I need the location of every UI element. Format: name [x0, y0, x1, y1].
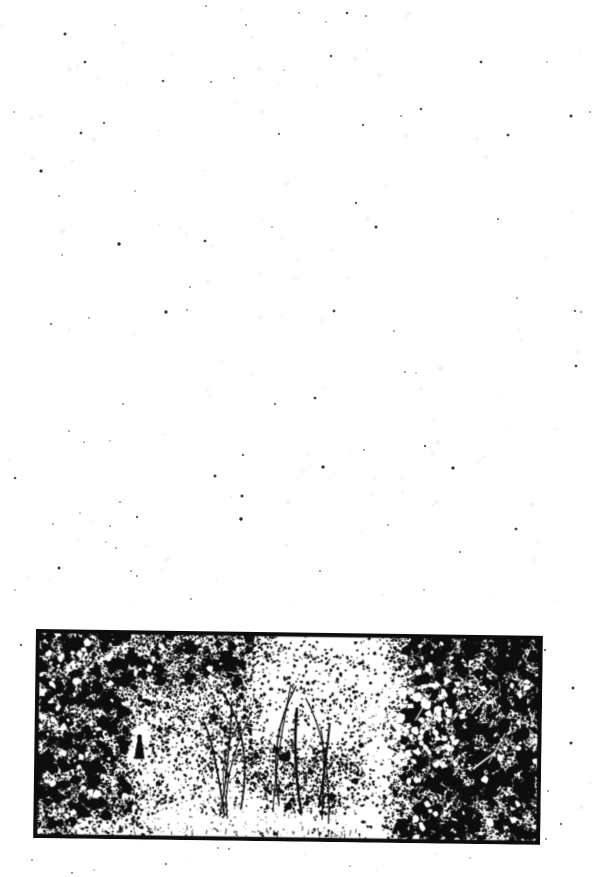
toner-speck — [105, 541, 107, 543]
toner-speck — [109, 440, 111, 442]
toner-speck — [333, 310, 336, 313]
toner-speck — [239, 517, 242, 520]
toner-speck — [516, 297, 518, 299]
toner-speck — [61, 254, 63, 256]
toner-speck — [58, 195, 60, 197]
toner-speck — [165, 863, 167, 865]
toner-speck — [130, 570, 132, 572]
toner-speck — [283, 69, 285, 71]
toner-speck — [362, 124, 364, 126]
toner-speck — [233, 77, 235, 79]
toner-speck — [79, 512, 81, 514]
toner-speck — [547, 790, 549, 792]
toner-speck — [375, 226, 378, 229]
engraving-canvas — [33, 629, 543, 845]
toner-speck — [214, 475, 217, 478]
toner-speck — [20, 644, 22, 646]
toner-speck — [84, 61, 87, 64]
toner-speck — [245, 24, 247, 26]
toner-speck — [119, 501, 121, 503]
toner-speck — [363, 449, 365, 451]
toner-speck — [68, 430, 70, 432]
toner-speck — [186, 309, 188, 311]
toner-speck — [80, 132, 83, 135]
toner-speck — [228, 848, 230, 850]
toner-speck — [109, 525, 111, 527]
toner-speck — [589, 111, 591, 113]
toner-speck — [314, 397, 317, 400]
toner-speck — [560, 823, 562, 825]
toner-speck — [83, 441, 85, 443]
toner-speck — [274, 403, 276, 405]
toner-speck — [545, 838, 547, 840]
toner-speck — [204, 240, 207, 243]
toner-speck — [575, 365, 578, 368]
toner-speck — [164, 310, 167, 313]
toner-speck — [39, 169, 42, 172]
toner-speck — [52, 523, 54, 525]
toner-speck — [205, 5, 207, 7]
toner-speck — [103, 122, 105, 124]
toner-speck — [298, 12, 300, 14]
toner-speck — [14, 589, 16, 591]
toner-speck — [88, 317, 90, 319]
toner-speck — [415, 372, 417, 374]
toner-speck — [346, 12, 349, 15]
toner-speck — [64, 33, 67, 36]
toner-speck — [325, 21, 327, 23]
toner-speck — [424, 445, 426, 447]
toner-speck — [469, 857, 471, 859]
toner-speck — [271, 226, 273, 228]
toner-speck — [210, 81, 212, 83]
toner-speck — [400, 115, 402, 117]
toner-speck — [423, 589, 425, 591]
toner-speck — [13, 111, 15, 113]
toner-speck — [190, 598, 192, 600]
toner-speck — [217, 847, 219, 849]
toner-speck — [387, 524, 389, 526]
toner-speck — [58, 567, 61, 570]
toner-speck — [162, 80, 165, 83]
toner-speck — [319, 570, 321, 572]
toner-speck — [574, 310, 576, 312]
toner-speck — [330, 55, 333, 58]
toner-speck — [114, 24, 116, 26]
toner-speck — [241, 495, 244, 498]
toner-speck — [570, 742, 573, 745]
toner-speck — [546, 61, 548, 63]
toner-speck — [544, 649, 546, 651]
toner-speck — [31, 859, 33, 861]
toner-speck — [572, 687, 575, 690]
toner-speck — [50, 323, 52, 325]
toner-speck — [570, 115, 573, 118]
toner-speck — [420, 108, 423, 111]
toner-speck — [459, 551, 461, 553]
toner-speck — [404, 371, 406, 373]
toner-speck — [71, 872, 73, 874]
toner-speck — [14, 477, 17, 480]
toner-speck — [355, 202, 357, 204]
toner-speck — [136, 516, 138, 518]
scanned-book-page — [0, 0, 593, 877]
toner-speck — [117, 242, 120, 245]
toner-speck — [507, 134, 510, 137]
toner-speck — [278, 133, 280, 135]
toner-speck — [497, 218, 499, 220]
illustration-plate — [33, 629, 543, 845]
toner-speck — [365, 15, 367, 17]
toner-speck — [451, 466, 454, 469]
toner-speck — [189, 286, 191, 288]
toner-speck — [580, 311, 582, 313]
toner-speck — [515, 528, 518, 531]
toner-speck — [93, 869, 95, 871]
toner-speck — [349, 865, 351, 867]
toner-speck — [393, 330, 395, 332]
toner-speck — [242, 454, 244, 456]
toner-speck — [480, 61, 483, 64]
toner-speck — [115, 547, 117, 549]
toner-speck — [122, 403, 124, 405]
toner-speck — [136, 575, 138, 577]
toner-speck — [134, 190, 136, 192]
toner-speck — [321, 465, 324, 468]
